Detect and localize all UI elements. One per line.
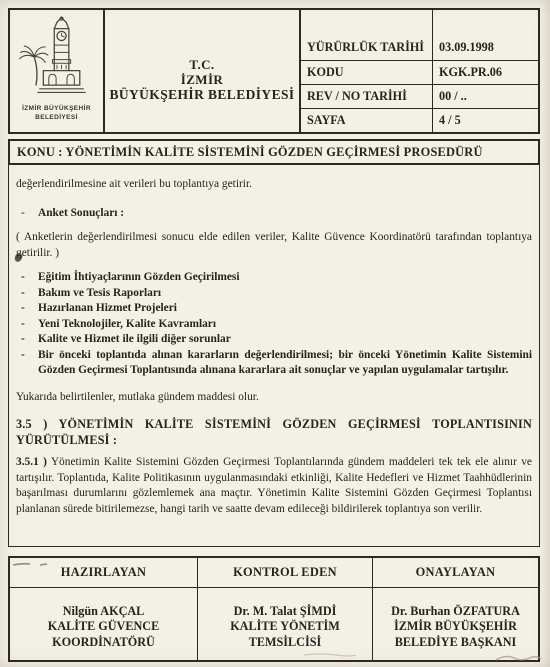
municipality-logo: İZMİR BÜYÜKŞEHİR BELEDİYESİ	[10, 10, 105, 132]
signer-name: Dr. M. Talat ŞİMDİ	[230, 604, 340, 620]
organization-title: T.C. İZMİR BÜYÜKŞEHİR BELEDİYESİ	[105, 10, 301, 132]
info-row-revision: REV / NO TARİHİ 00 / ..	[301, 84, 538, 108]
agenda-item-text: Bakım ve Tesis Raporları	[38, 286, 532, 302]
agenda-item: - Bakım ve Tesis Raporları	[16, 286, 532, 302]
survey-results-label: Anket Sonuçları :	[38, 206, 124, 222]
org-line-city: İZMİR	[181, 72, 223, 87]
note-paragraph: Yukarıda belirtilenler, mutlaka gündem m…	[16, 390, 532, 406]
info-value: 00 / ..	[433, 85, 538, 108]
header-table: İZMİR BÜYÜKŞEHİR BELEDİYESİ T.C. İZMİR B…	[8, 8, 540, 134]
role-checked-by: KONTROL EDEN	[198, 558, 373, 587]
info-value: KGK.PR.06	[433, 61, 538, 84]
agenda-item-text: Eğitim İhtiyaçlarının Gözden Geçirilmesi	[38, 270, 532, 286]
section-351-paragraph: 3.5.1 ) Yönetimin Kalite Sistemini Gözde…	[16, 455, 532, 517]
agenda-item-text: Kalite ve Hizmet ile ilgili diğer sorunl…	[38, 332, 532, 348]
survey-note-paragraph: ( Anketlerin değerlendirilmesi sonucu el…	[16, 230, 532, 261]
role-label: KONTROL EDEN	[233, 565, 337, 580]
org-line-municipality: BÜYÜKŞEHİR BELEDİYESİ	[109, 87, 294, 102]
signer-title-line2: BELEDİYE BAŞKANI	[391, 635, 520, 651]
survey-results-heading: - Anket Sonuçları :	[16, 206, 532, 222]
section-35-heading-line2: YÜRÜTÜLMESİ :	[16, 432, 532, 448]
info-value: 03.09.1998	[433, 10, 538, 60]
agenda-item: - Yeni Teknolojiler, Kalite Kavramları	[16, 317, 532, 333]
document-info-table: YÜRÜRLÜK TARİHİ 03.09.1998 KODU KGK.PR.0…	[301, 10, 538, 132]
logo-caption-line2: BELEDİYESİ	[22, 114, 91, 123]
logo-caption: İZMİR BÜYÜKŞEHİR BELEDİYESİ	[22, 105, 91, 122]
document-page: İZMİR BÜYÜKŞEHİR BELEDİYESİ T.C. İZMİR B…	[0, 0, 550, 667]
agenda-item: - Eğitim İhtiyaçlarının Gözden Geçirilme…	[16, 270, 532, 286]
agenda-item: - Bir önceki toplantıda alınan kararları…	[16, 348, 532, 379]
role-approved-by: ONAYLAYAN	[373, 558, 538, 587]
dash-bullet: -	[16, 332, 38, 348]
role-label: HAZIRLAYAN	[61, 565, 146, 580]
signer-name: Dr. Burhan ÖZFATURA	[391, 604, 520, 620]
dash-bullet: -	[16, 317, 38, 333]
section-35-heading: 3.5 ) YÖNETİMİN KALİTE SİSTEMİNİ GÖZDEN …	[16, 416, 532, 448]
signer-quality-representative: Dr. M. Talat ŞİMDİ KALİTE YÖNETİM TEMSİL…	[198, 588, 373, 660]
dash-bullet: -	[16, 206, 38, 222]
subject-bar: KONU : YÖNETİMİN KALİTE SİSTEMİNİ GÖZDEN…	[8, 139, 540, 165]
info-row-effective-date: YÜRÜRLÜK TARİHİ 03.09.1998	[301, 10, 538, 60]
dash-bullet: -	[16, 286, 38, 302]
section-35-heading-line1: 3.5 ) YÖNETİMİN KALİTE SİSTEMİNİ GÖZDEN …	[16, 416, 532, 432]
dash-bullet: -	[16, 301, 38, 317]
agenda-item-text: Hazırlanan Hizmet Projeleri	[38, 301, 532, 317]
info-label: SAYFA	[301, 109, 433, 132]
role-label: ONAYLAYAN	[416, 565, 496, 580]
subject-line: KONU : YÖNETİMİN KALİTE SİSTEMİNİ GÖZDEN…	[17, 145, 483, 160]
dash-bullet: -	[16, 348, 38, 379]
document-body: değerlendirilmesine ait verileri bu topl…	[8, 165, 540, 547]
info-row-code: KODU KGK.PR.06	[301, 60, 538, 84]
agenda-list: - Eğitim İhtiyaçlarının Gözden Geçirilme…	[16, 270, 532, 379]
signature-header-row: HAZIRLAYAN KONTROL EDEN ONAYLAYAN	[10, 558, 538, 588]
info-label: REV / NO TARİHİ	[301, 85, 433, 108]
agenda-item: - Kalite ve Hizmet ile ilgili diğer soru…	[16, 332, 532, 348]
info-value: 4 / 5	[433, 109, 538, 132]
signature-table: HAZIRLAYAN KONTROL EDEN ONAYLAYAN Nilgün…	[8, 556, 540, 662]
logo-caption-line1: İZMİR BÜYÜKŞEHİR	[22, 105, 91, 114]
section-351-number: 3.5.1 )	[16, 456, 47, 468]
info-row-page: SAYFA 4 / 5	[301, 108, 538, 132]
info-label: KODU	[301, 61, 433, 84]
info-label: YÜRÜRLÜK TARİHİ	[301, 10, 433, 60]
signature-body-row: Nilgün AKÇAL KALİTE GÜVENCE KOORDİNATÖRÜ…	[10, 588, 538, 660]
signer-title-line1: KALİTE GÜVENCE	[48, 619, 159, 635]
agenda-item: - Hazırlanan Hizmet Projeleri	[16, 301, 532, 317]
clock-tower-icon	[16, 14, 98, 103]
signer-quality-coordinator: Nilgün AKÇAL KALİTE GÜVENCE KOORDİNATÖRÜ	[10, 588, 198, 660]
agenda-item-text: Yeni Teknolojiler, Kalite Kavramları	[38, 317, 532, 333]
signer-name: Nilgün AKÇAL	[48, 604, 159, 620]
agenda-item-text: Bir önceki toplantıda alınan kararların …	[38, 348, 532, 379]
signer-title-line1: KALİTE YÖNETİM	[230, 619, 340, 635]
role-prepared-by: HAZIRLAYAN	[10, 558, 198, 587]
signer-title-line2: KOORDİNATÖRÜ	[48, 635, 159, 651]
signer-title-line2: TEMSİLCİSİ	[230, 635, 340, 651]
intro-paragraph: değerlendirilmesine ait verileri bu topl…	[16, 177, 532, 193]
signer-mayor: Dr. Burhan ÖZFATURA İZMİR BÜYÜKŞEHİR BEL…	[373, 588, 538, 660]
org-line-tc: T.C.	[189, 57, 214, 72]
dash-bullet: -	[16, 270, 38, 286]
section-351-text: Yönetimin Kalite Sistemini Gözden Geçirm…	[16, 456, 532, 515]
signer-title-line1: İZMİR BÜYÜKŞEHİR	[391, 619, 520, 635]
